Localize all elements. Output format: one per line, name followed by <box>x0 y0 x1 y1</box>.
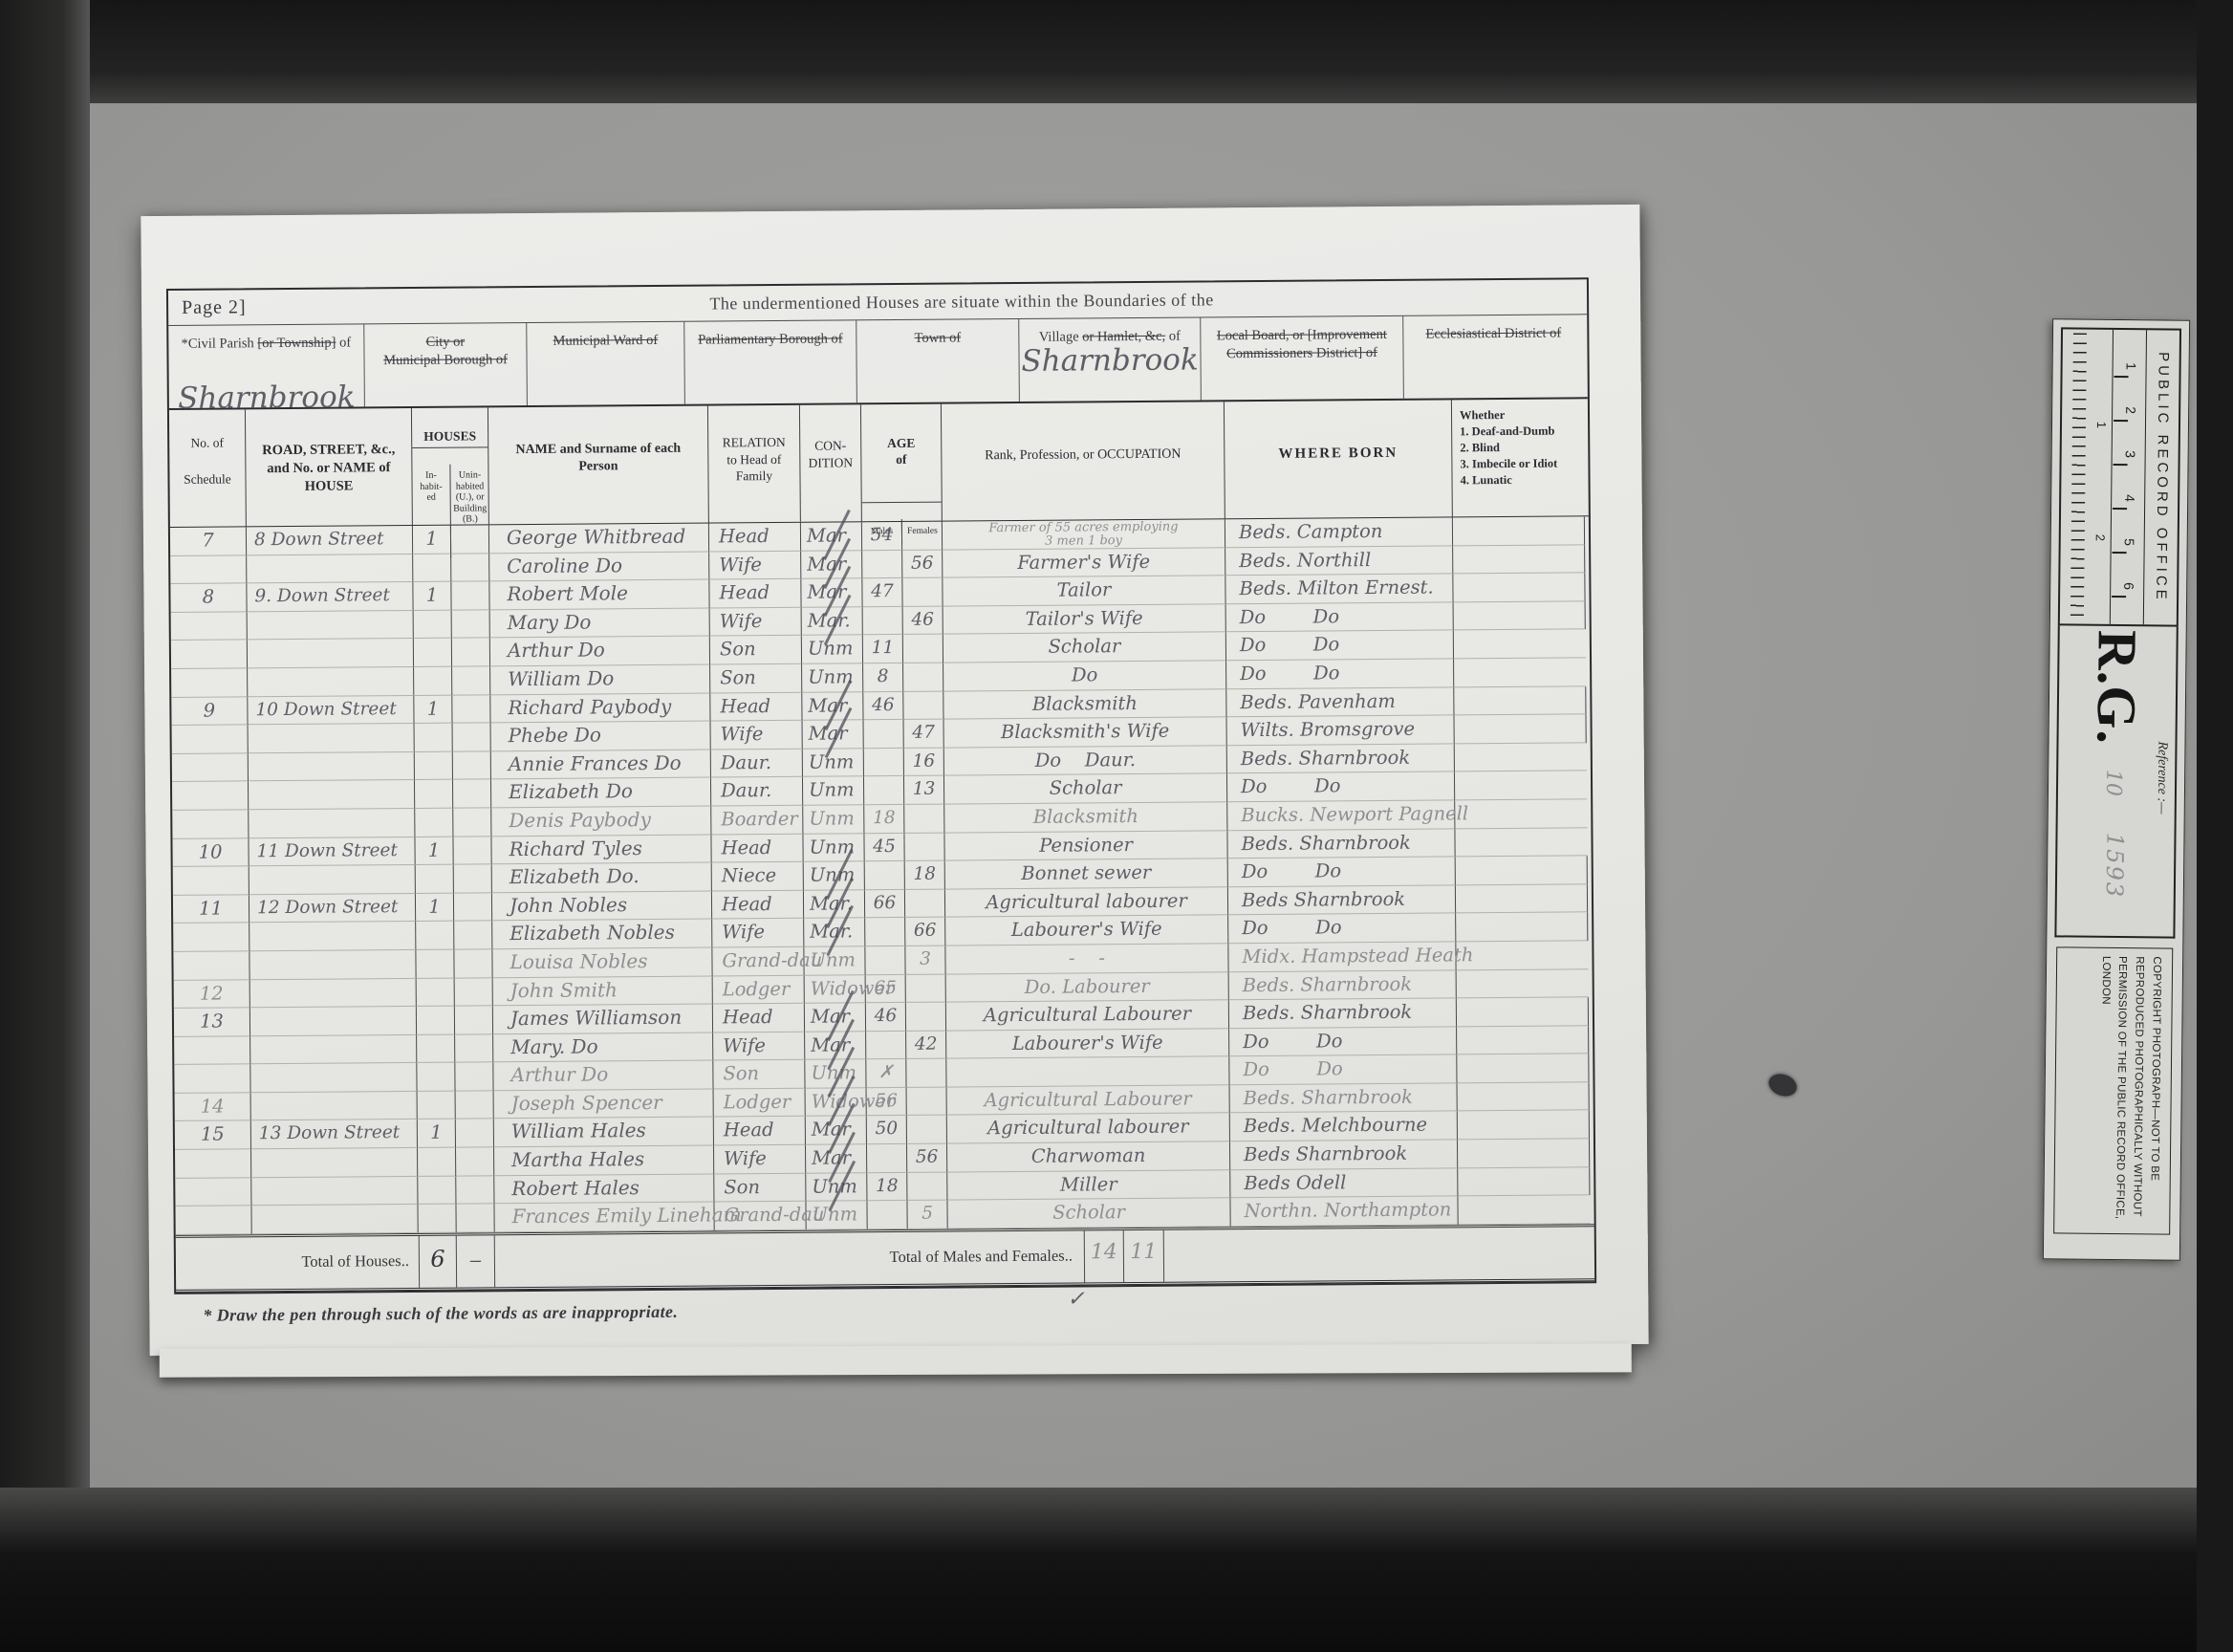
cell-age_f: 56 <box>902 550 943 578</box>
cell-relation: Head <box>713 1004 805 1032</box>
cell-born: Do Do <box>1226 631 1454 661</box>
cell-occupation: Scholar <box>947 1199 1230 1229</box>
cell-schedule: 14 <box>175 1093 251 1121</box>
cell-born: Beds Sharnbrook <box>1228 885 1456 915</box>
cell-uninhabited <box>453 751 491 780</box>
cell-name: Annie Frances Do <box>491 750 711 779</box>
cell-inhabited: 1 <box>413 582 451 611</box>
cell-road <box>248 667 414 697</box>
cell-occupation: Farmer of 55 acres employing 3 men 1 boy <box>943 519 1225 550</box>
cell-name: Mary Do <box>490 608 710 638</box>
cell-infirm <box>1455 828 1587 858</box>
cell-uninhabited <box>452 666 490 695</box>
cell-uninhabited <box>456 1119 494 1148</box>
cell-name: Robert Hales <box>494 1174 714 1204</box>
cell-age_m: 56 <box>867 1088 907 1117</box>
cell-age_f <box>904 805 944 834</box>
cell-relation: Daur. <box>711 777 803 806</box>
cell-road: 13 Down Street <box>251 1119 418 1149</box>
cell-age_f: 3 <box>905 946 945 974</box>
cell-relation: Wife <box>709 551 801 579</box>
cell-schedule: 7 <box>170 527 247 555</box>
cell-relation: Grand-dau <box>714 1202 806 1230</box>
cell-born: Northn. Northampton <box>1230 1197 1458 1227</box>
reference-box: R.G. Reference :— 10 1593 <box>2054 625 2178 938</box>
cell-age_m <box>867 1144 907 1173</box>
header-houses-group: HOUSES In- habit- ed Unin- habited (U.),… <box>412 407 489 525</box>
cell-road <box>251 1148 418 1178</box>
cell-age_f <box>902 578 943 607</box>
cell-relation: Head <box>711 834 803 862</box>
cell-born: Do Do <box>1229 1027 1457 1056</box>
total-houses-label: Total of Houses.. <box>176 1236 419 1290</box>
parish-field: Local Board, or [Improvement Commissione… <box>1201 316 1404 401</box>
cell-schedule <box>175 1206 251 1235</box>
cell-road: 12 Down Street <box>249 894 416 924</box>
cell-born: Beds Odell <box>1230 1168 1458 1198</box>
cell-occupation: Labourer's Wife <box>945 916 1228 946</box>
cell-infirm <box>1454 686 1586 716</box>
cell-born: Beds. Melchbourne <box>1230 1112 1458 1141</box>
cell-occupation: Scholar <box>944 774 1227 805</box>
cell-inhabited <box>414 610 452 639</box>
cell-age_m: 45 <box>864 833 904 861</box>
cell-age_m: 46 <box>863 691 903 720</box>
cell-inhabited <box>417 1063 455 1092</box>
header-road: ROAD, STREET, &c., and No. or NAME of HO… <box>246 408 413 526</box>
cell-infirm <box>1458 1139 1590 1168</box>
parish-field-label: Town of <box>856 319 1018 348</box>
cell-age_m <box>865 861 905 890</box>
parish-fields-row: *Civil Parish [or Township] ofSharnbrook… <box>168 315 1588 410</box>
parish-field-label: Parliamentary Borough of <box>684 320 856 349</box>
cell-age_f <box>906 1003 946 1032</box>
cell-name: William Hales <box>494 1118 714 1147</box>
cell-schedule <box>175 1149 251 1178</box>
copyright-notice: COPYRIGHT PHOTOGRAPH—NOT TO BE REPRODUCE… <box>2053 946 2173 1234</box>
cell-road <box>249 950 416 980</box>
cell-age_f: 18 <box>905 861 945 890</box>
photo-frame-right <box>2197 0 2233 1652</box>
parish-field-label: City or Municipal Borough of <box>364 323 526 370</box>
total-uninhabited-value: – <box>457 1235 495 1287</box>
cell-name: Elizabeth Nobles <box>492 920 712 949</box>
header-occupation: Rank, Profession, or OCCUPATION <box>942 402 1225 520</box>
ruler-inch-ticks <box>2070 334 2087 620</box>
photo-frame-bottom <box>0 1488 2233 1652</box>
cell-age_f: 46 <box>903 606 943 635</box>
cell-occupation: Blacksmith's Wife <box>944 717 1227 748</box>
total-males-value: 14 <box>1084 1230 1124 1282</box>
cell-schedule <box>170 555 247 584</box>
cell-age_m: ✗ <box>866 1059 906 1088</box>
cell-age_m: 65 <box>866 974 906 1003</box>
cell-age_m: 18 <box>867 1173 907 1202</box>
cell-infirm <box>1454 630 1586 660</box>
cell-occupation: - - <box>945 944 1228 974</box>
cell-relation: Wife <box>713 1032 805 1060</box>
cell-relation: Wife <box>711 721 803 750</box>
cell-name: Arthur Do <box>490 637 710 666</box>
census-page-paper: Page 2] The undermentioned Houses are si… <box>141 205 1648 1356</box>
cell-inhabited: 1 <box>416 893 454 922</box>
cell-name: George Whitbread <box>489 524 709 554</box>
cell-infirm <box>1456 913 1588 943</box>
strip-rotated-content: PUBLIC RECORD OFFICE 123456 12 R.G. Refe… <box>2044 319 2189 1246</box>
parish-field: City or Municipal Borough of <box>364 323 528 406</box>
cell-occupation: Agricultural Labourer <box>947 1085 1230 1116</box>
cell-age_f <box>903 635 943 663</box>
cell-born: Do Do <box>1229 1055 1457 1085</box>
cell-born: Bucks. Newport Pagnell <box>1227 800 1455 830</box>
cell-infirm <box>1454 658 1586 687</box>
cell-uninhabited <box>453 723 491 751</box>
cell-age_m: 18 <box>864 805 904 834</box>
cell-inhabited <box>418 1205 456 1233</box>
parish-field: Village or Hamlet, &c, ofSharnbrook <box>1019 317 1202 401</box>
cell-name: Louisa Nobles <box>492 947 712 977</box>
cell-infirm <box>1456 884 1588 914</box>
ruler-cm-tick <box>2114 376 2129 378</box>
cell-condition: Unm <box>803 749 864 777</box>
cell-infirm <box>1457 969 1589 999</box>
cell-inhabited <box>413 554 451 582</box>
ruler-cm-tick <box>2112 596 2126 598</box>
cell-schedule <box>174 1065 250 1094</box>
cell-uninhabited <box>452 639 490 667</box>
cell-born: Do Do <box>1227 772 1455 802</box>
cell-infirm <box>1458 1196 1590 1226</box>
cell-road <box>248 639 414 668</box>
cell-age_m <box>863 607 903 636</box>
cell-infirm <box>1453 574 1585 603</box>
total-males-females-label: Total of Males and Females.. <box>495 1230 1084 1287</box>
cell-born: Do Do <box>1228 858 1456 887</box>
totals-empty-space <box>1164 1227 1594 1282</box>
cell-infirm <box>1453 516 1585 546</box>
cell-road: 10 Down Street <box>248 696 414 726</box>
cell-schedule <box>175 1178 251 1206</box>
cell-relation: Son <box>714 1173 806 1202</box>
cell-road: 8 Down Street <box>247 526 413 555</box>
ruler-cm-number: 3 <box>2123 450 2138 458</box>
cell-uninhabited <box>454 949 492 978</box>
cell-relation: Grand-dau <box>712 947 804 976</box>
scanned-census-photograph: { "page": { "page_no": "Page 2]", "bound… <box>0 0 2233 1652</box>
cell-occupation: Agricultural labourer <box>945 887 1228 918</box>
cell-age_f <box>902 522 943 551</box>
cell-infirm <box>1457 997 1589 1027</box>
cell-age_m: 54 <box>862 522 902 551</box>
reference-label: Reference :— <box>2154 741 2170 814</box>
cell-road <box>249 780 415 810</box>
cell-born: Beds Sharnbrook <box>1230 1140 1458 1169</box>
cell-age_f <box>907 1172 947 1201</box>
ruler-cm-tick <box>2113 508 2127 510</box>
header-schedule: No. of Schedule <box>169 409 247 527</box>
cell-age_m <box>864 720 904 749</box>
cell-occupation: Pensioner <box>944 831 1227 861</box>
cell-age_m: 11 <box>863 635 903 663</box>
cell-occupation: Blacksmith <box>943 689 1226 720</box>
cell-schedule <box>172 725 249 753</box>
cell-infirm <box>1453 545 1585 575</box>
cell-road: 9. Down Street <box>247 582 413 612</box>
cell-name: Robert Mole <box>489 580 709 610</box>
header-name: NAME and Surname of each Person <box>488 406 709 525</box>
ruler-cm-number: 1 <box>2124 362 2139 370</box>
cell-age_f <box>903 663 943 692</box>
cell-road <box>249 809 415 838</box>
cell-name: Caroline Do <box>489 552 709 581</box>
header-age: AGE of <box>861 421 942 503</box>
cell-age_f: 56 <box>907 1144 947 1173</box>
cell-age_m: 47 <box>862 578 902 607</box>
cell-schedule: 9 <box>171 697 248 726</box>
public-record-office-label: PUBLIC RECORD OFFICE <box>2153 330 2172 624</box>
ruler-cm-number: 5 <box>2122 538 2137 546</box>
pen-tick-mark: ✓ <box>1067 1287 1085 1311</box>
cell-road <box>251 1177 418 1206</box>
cell-condition: Unm <box>804 946 865 975</box>
cell-road: 11 Down Street <box>249 837 415 866</box>
cell-born: Beds. Campton <box>1225 517 1453 547</box>
photo-frame-left <box>0 0 90 1652</box>
cell-relation: Son <box>710 664 802 693</box>
cell-born: Midx. Hampstead Heath <box>1228 942 1456 971</box>
cell-inhabited: 1 <box>413 526 451 554</box>
cell-relation: Niece <box>712 862 804 891</box>
cell-age_m <box>862 551 902 579</box>
total-females-value: 11 <box>1124 1230 1164 1282</box>
cell-relation: Son <box>710 636 802 664</box>
cell-age_m: 50 <box>867 1116 907 1144</box>
cell-inhabited <box>417 978 455 1007</box>
cell-age_m <box>865 946 905 975</box>
cell-born: Do Do <box>1228 914 1456 944</box>
cell-age_f: 42 <box>906 1031 946 1059</box>
cell-infirm <box>1458 1167 1590 1197</box>
ruler-inch-number: 1 <box>2094 422 2109 428</box>
header-age-group: AGE of Males Females <box>861 404 943 522</box>
cell-name: John Nobles <box>492 891 712 921</box>
cell-road <box>247 554 413 584</box>
cell-occupation: Do. Labourer <box>946 972 1229 1003</box>
ruler-inch-number: 2 <box>2093 534 2108 541</box>
cell-inhabited <box>418 1176 456 1205</box>
reference-piece-number: 1593 <box>2101 833 2129 899</box>
photo-frame-top <box>0 0 2233 103</box>
cell-relation: Lodger <box>714 1089 806 1118</box>
reference-class-number: 10 <box>2101 770 2125 796</box>
cell-name: William Do <box>490 664 710 694</box>
cell-age_f: 47 <box>904 720 944 749</box>
cell-road <box>249 724 415 753</box>
cell-age_f: 16 <box>904 748 944 776</box>
cell-name: James Williamson <box>493 1005 713 1034</box>
cell-uninhabited <box>451 582 489 611</box>
cell-relation: Lodger <box>713 975 805 1004</box>
cell-road <box>248 611 414 641</box>
cell-age_f <box>904 833 944 861</box>
cell-inhabited: 1 <box>418 1119 456 1148</box>
cell-relation: Wife <box>710 608 802 637</box>
parish-field-label: Local Board, or [Improvement Commissione… <box>1201 316 1402 363</box>
cell-schedule: 11 <box>173 895 249 924</box>
cell-schedule <box>173 924 249 952</box>
cell-condition: Unm <box>803 805 864 834</box>
cell-uninhabited <box>455 1006 493 1034</box>
cell-occupation: Agricultural labourer <box>947 1114 1230 1144</box>
cell-age_m <box>867 1201 907 1229</box>
cell-schedule: 12 <box>174 980 250 1009</box>
cell-born: Beds. Milton Ernest. <box>1225 575 1453 604</box>
cell-condition: Unm <box>803 834 864 862</box>
header-relation: RELATION to Head of Family <box>708 405 801 523</box>
cell-occupation: Bonnet sewer <box>945 859 1228 889</box>
cell-name: Elizabeth Do. <box>492 863 712 893</box>
cell-occupation <box>946 1057 1229 1088</box>
cell-uninhabited <box>453 780 491 809</box>
cell-road <box>249 865 416 895</box>
cell-inhabited <box>416 950 454 979</box>
cell-age_f <box>906 1059 946 1088</box>
cell-age_m <box>866 1032 906 1060</box>
cell-uninhabited <box>452 610 490 639</box>
parish-field-label: *Civil Parish [or Township] of <box>168 324 363 353</box>
cell-condition: Unm <box>802 663 863 692</box>
totals-row: Total of Houses.. 6 – Total of Males and… <box>176 1224 1594 1293</box>
cell-inhabited <box>415 809 453 837</box>
page-number: Page 2] <box>182 296 247 319</box>
cell-road <box>251 1205 418 1234</box>
cell-name: Elizabeth Do <box>491 778 711 808</box>
cell-schedule: 8 <box>170 584 247 613</box>
cell-name: Mary. Do <box>493 1032 713 1062</box>
cell-uninhabited <box>455 978 493 1007</box>
cell-occupation: Charwoman <box>947 1141 1230 1172</box>
cell-age_m: 8 <box>863 663 903 692</box>
cell-condition: Widower <box>805 975 866 1004</box>
ruler-cm-tick <box>2113 552 2127 554</box>
total-houses-value: 6 <box>419 1235 457 1287</box>
cell-schedule <box>174 1036 250 1065</box>
cell-born: Wilts. Bromsgrove <box>1226 716 1454 746</box>
cell-uninhabited <box>456 1205 494 1233</box>
cell-road <box>249 922 416 951</box>
parish-field-value: Sharnbrook <box>169 380 364 416</box>
cell-born: Beds. Sharnbrook <box>1227 744 1455 773</box>
cell-schedule: 10 <box>172 838 249 867</box>
cell-condition: Unm <box>806 1201 867 1229</box>
cell-inhabited <box>418 1148 456 1177</box>
cell-name: Joseph Spencer <box>494 1089 714 1119</box>
cell-schedule <box>172 810 249 838</box>
cell-born: Beds. Northill <box>1225 546 1453 576</box>
cell-uninhabited <box>453 808 491 837</box>
cell-occupation: Do Daur. <box>944 746 1227 776</box>
cell-name: Denis Paybody <box>491 806 711 836</box>
cell-uninhabited <box>455 1034 493 1063</box>
cell-born: Beds. Pavenham <box>1226 687 1454 717</box>
form-footnote: * Draw the pen through such of the words… <box>203 1302 678 1326</box>
cell-name: Phebe Do <box>491 722 711 751</box>
cell-occupation: Labourer's Wife <box>946 1029 1229 1059</box>
cell-infirm <box>1456 941 1588 970</box>
parish-field-label: Ecclesiastical District of <box>1403 315 1583 343</box>
cell-born: Do Do <box>1226 659 1454 688</box>
cell-inhabited <box>418 1091 456 1119</box>
cell-born: Beds. Sharnbrook <box>1227 829 1455 859</box>
cell-uninhabited <box>451 525 489 554</box>
cell-occupation: Tailor <box>943 576 1225 606</box>
cell-inhabited <box>415 724 453 752</box>
parish-field: *Civil Parish [or Township] ofSharnbrook <box>168 324 365 408</box>
parish-field: Ecclesiastical District of <box>1403 315 1584 398</box>
record-group-label: R.G. <box>2084 630 2149 746</box>
census-form: Page 2] The undermentioned Houses are si… <box>166 277 1596 1293</box>
header-where-born: WHERE BORN <box>1225 400 1453 518</box>
cell-inhabited <box>415 780 453 809</box>
cell-schedule: 13 <box>174 1008 250 1036</box>
cell-schedule <box>171 641 248 669</box>
cell-age_m <box>864 749 904 777</box>
cell-infirm <box>1458 1111 1590 1141</box>
cell-infirm <box>1458 1082 1590 1112</box>
ruler: PUBLIC RECORD OFFICE 123456 12 <box>2058 327 2181 626</box>
cell-age_f <box>906 974 946 1003</box>
cell-relation: Head <box>712 890 804 919</box>
cell-relation: Head <box>714 1117 806 1145</box>
cell-infirm <box>1455 799 1587 829</box>
cell-age_m: 66 <box>865 890 905 919</box>
cell-name: Richard Tyles <box>491 835 711 864</box>
ruler-cm-tick <box>2114 464 2128 466</box>
cell-condition: Unm <box>802 636 863 664</box>
cell-road <box>250 978 417 1008</box>
cell-inhabited <box>416 865 454 894</box>
cell-inhabited <box>417 1034 455 1063</box>
parish-field: Town of <box>856 319 1020 402</box>
cell-schedule <box>171 612 248 641</box>
ruler-inch-scale: 12 <box>2058 329 2114 624</box>
cell-relation: Daur. <box>711 750 803 778</box>
cell-inhabited <box>417 1007 455 1035</box>
cell-condition: Unm <box>803 777 864 806</box>
cell-name: Arthur Do <box>493 1061 713 1091</box>
cell-age_f <box>907 1116 947 1144</box>
cell-age_m <box>864 776 904 805</box>
cell-inhabited <box>414 667 452 696</box>
cell-road <box>250 1007 417 1036</box>
cell-schedule <box>171 668 248 697</box>
cell-infirm <box>1454 714 1586 744</box>
parish-field: Parliamentary Borough of <box>684 320 857 403</box>
cell-schedule: 15 <box>175 1121 251 1150</box>
cell-inhabited <box>415 751 453 780</box>
cell-age_f <box>905 889 945 918</box>
cell-uninhabited <box>451 554 489 582</box>
cell-schedule <box>173 866 249 895</box>
cell-born: Beds. Sharnbrook <box>1230 1083 1458 1113</box>
header-houses: HOUSES <box>412 424 488 448</box>
cell-relation: Boarder <box>711 806 803 835</box>
cell-uninhabited <box>456 1091 494 1119</box>
cell-infirm <box>1457 1026 1589 1055</box>
cell-inhabited <box>416 922 454 950</box>
cell-schedule <box>172 753 249 782</box>
ruler-cm-number: 2 <box>2123 406 2138 414</box>
